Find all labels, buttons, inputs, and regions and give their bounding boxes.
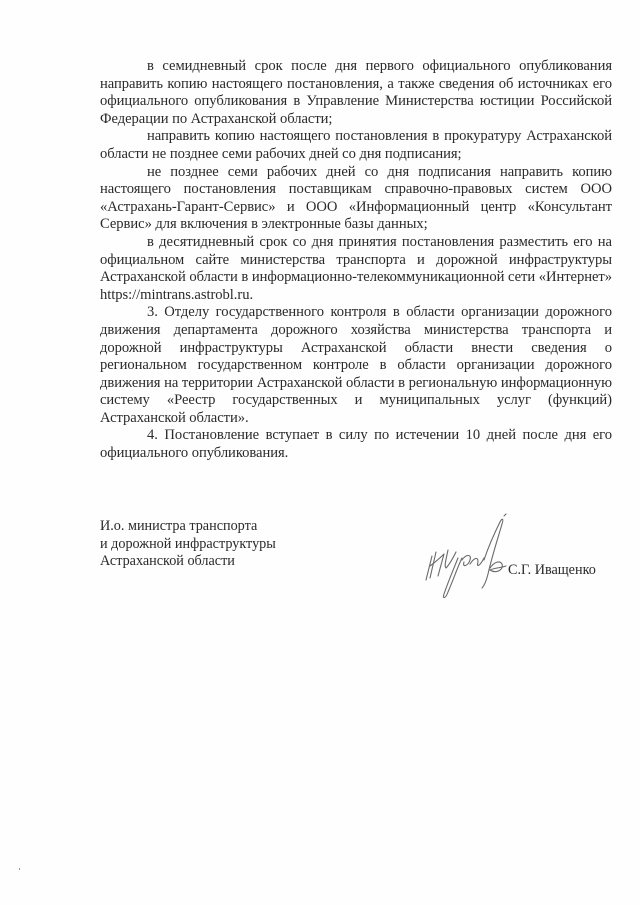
signatory-title-line: И.о. министра транспорта — [100, 518, 276, 536]
signature-block: И.о. министра транспорта и дорожной инфр… — [100, 518, 620, 608]
paragraph-item-4: 4. Постановление вступает в силу по исте… — [100, 427, 612, 462]
signatory-name: С.Г. Иващенко — [508, 562, 596, 580]
paragraph-publication-copy: в семидневный срок после дня первого офи… — [100, 58, 612, 128]
document-body: в семидневный срок после дня первого офи… — [100, 58, 612, 463]
signatory-title-line: Астраханской области — [100, 553, 276, 571]
handwritten-signature-icon — [418, 512, 528, 602]
scan-artifact — [19, 868, 20, 870]
document-page: в семидневный срок после дня первого офи… — [0, 0, 640, 905]
paragraph-item-3: 3. Отделу государственного контроля в об… — [100, 304, 612, 427]
paragraph-website-publication: в десятидневный срок со дня принятия пос… — [100, 234, 612, 304]
paragraph-prosecutor-copy: направить копию настоящего постановления… — [100, 128, 612, 163]
paragraph-legal-systems-copy: не позднее семи рабочих дней со дня подп… — [100, 164, 612, 234]
signatory-title-line: и дорожной инфраструктуры — [100, 536, 276, 554]
signatory-title: И.о. министра транспорта и дорожной инфр… — [100, 518, 276, 571]
